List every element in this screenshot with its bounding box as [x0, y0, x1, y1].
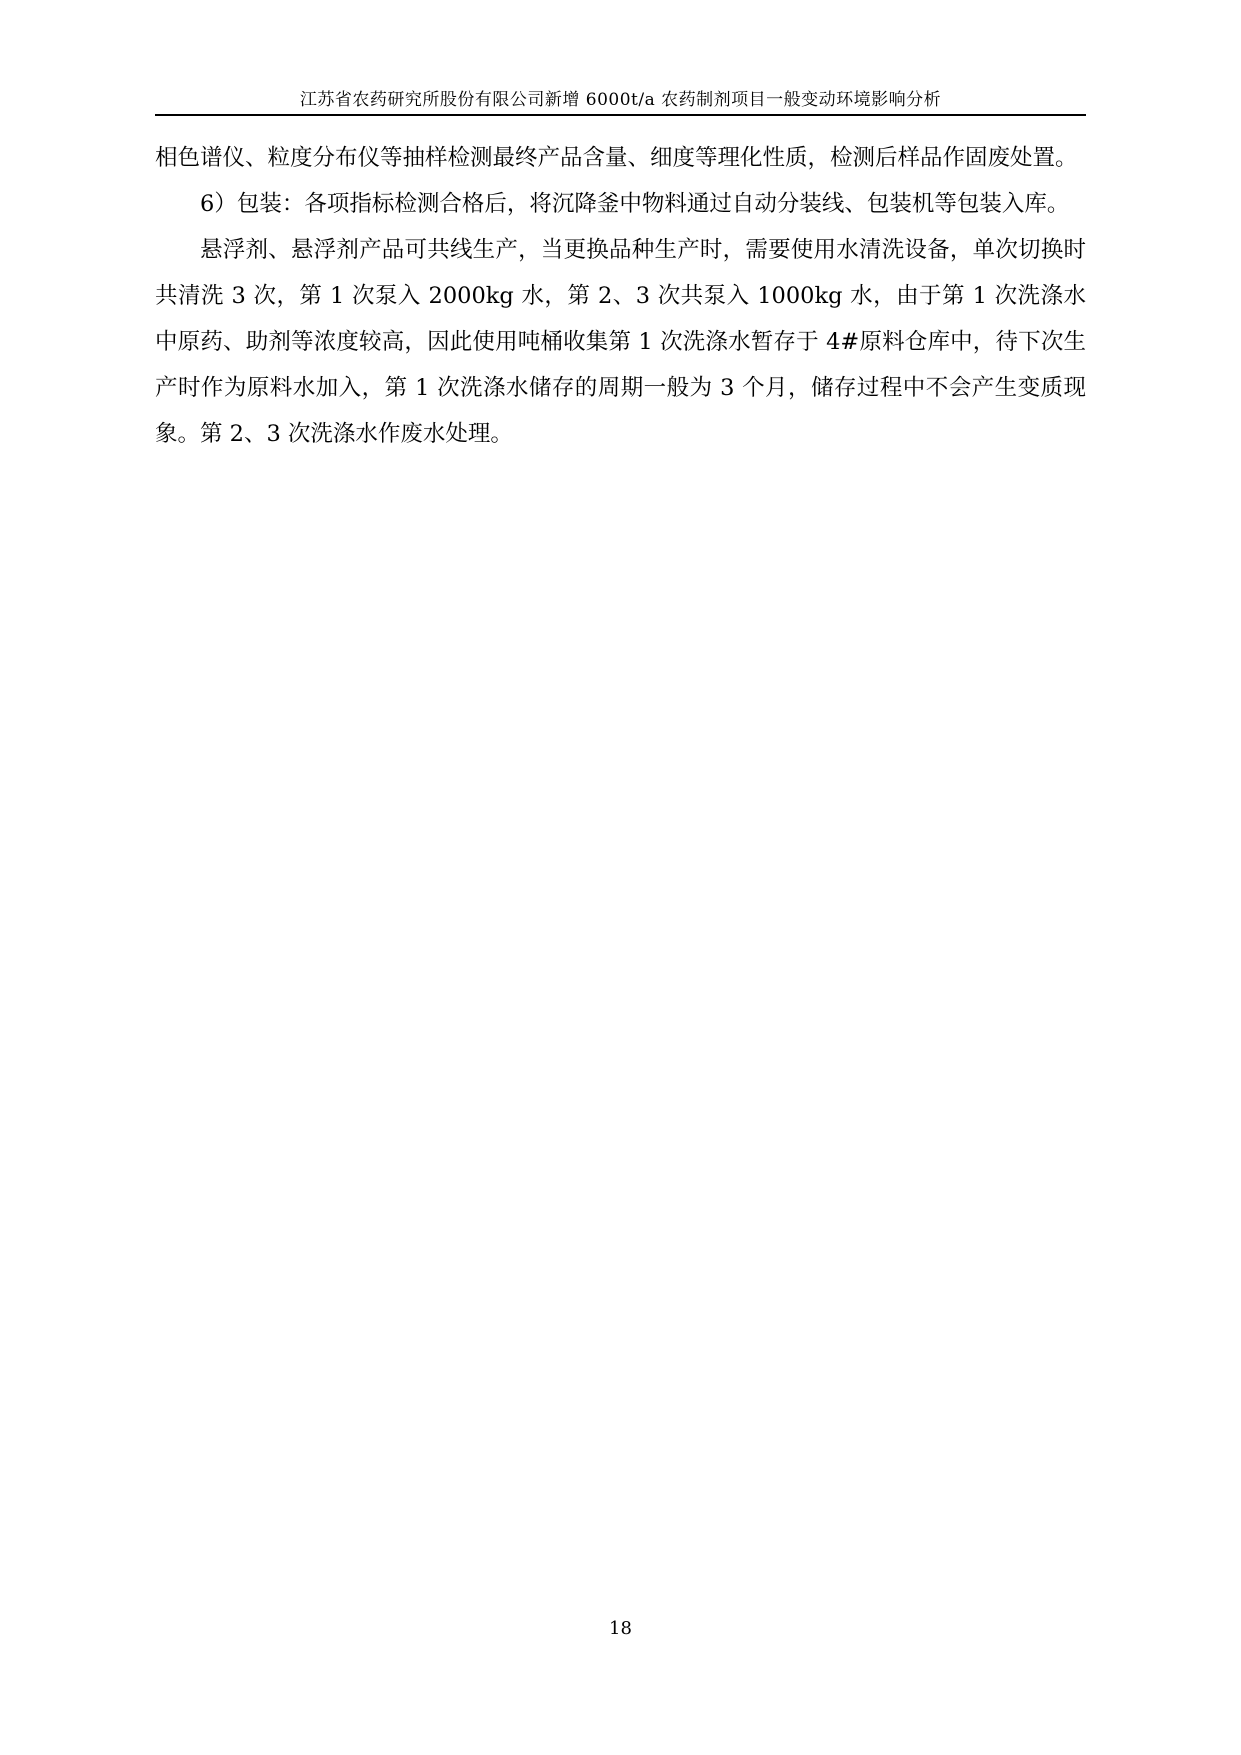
page-footer: 18 — [0, 1618, 1241, 1640]
document-page: 江苏省农药研究所股份有限公司新增 6000t/a 农药制剂项目一般变动环境影响分… — [0, 0, 1241, 1755]
paragraph-washing-water: 悬浮剂、悬浮剂产品可共线生产，当更换品种生产时，需要使用水清洗设备，单次切换时共… — [155, 227, 1086, 457]
page-number: 18 — [609, 1618, 632, 1639]
paragraph-sampling-detection: 相色谱仪、粒度分布仪等抽样检测最终产品含量、细度等理化性质，检测后样品作固废处置… — [155, 135, 1086, 181]
page-header: 江苏省农药研究所股份有限公司新增 6000t/a 农药制剂项目一般变动环境影响分… — [155, 90, 1086, 116]
document-body: 相色谱仪、粒度分布仪等抽样检测最终产品含量、细度等理化性质，检测后样品作固废处置… — [155, 135, 1086, 457]
paragraph-packaging: 6）包装：各项指标检测合格后，将沉降釜中物料通过自动分装线、包装机等包装入库。 — [155, 181, 1086, 227]
header-title: 江苏省农药研究所股份有限公司新增 6000t/a 农药制剂项目一般变动环境影响分… — [300, 90, 941, 110]
